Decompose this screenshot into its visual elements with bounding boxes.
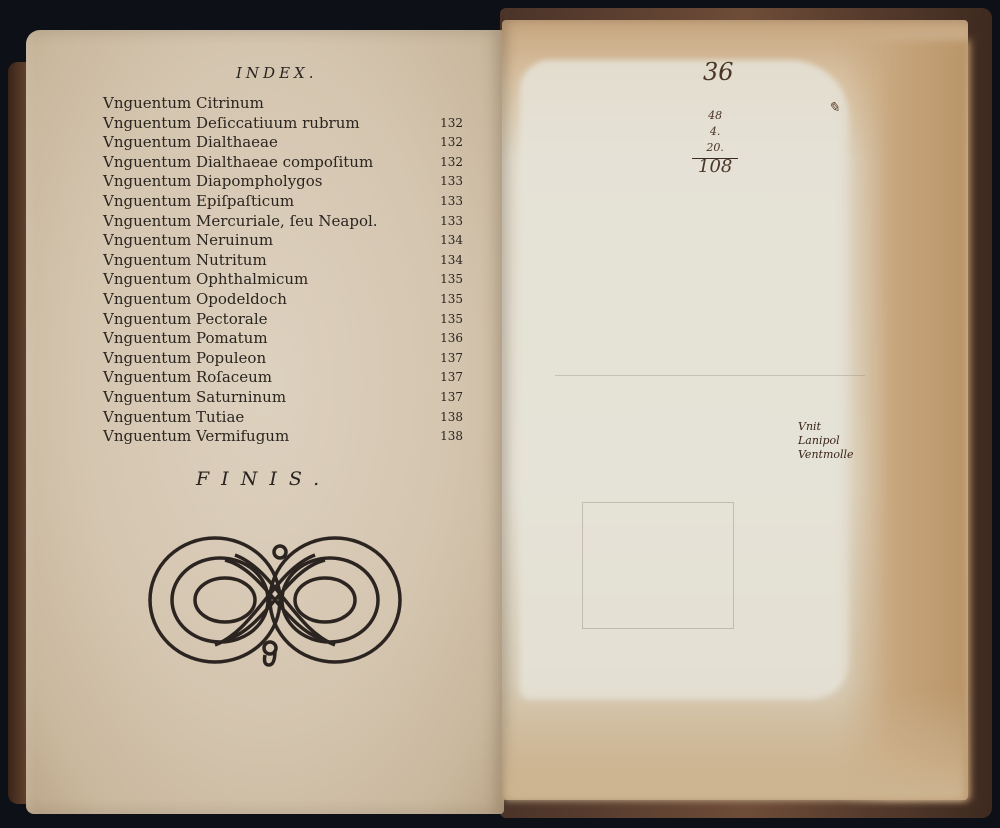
index-heading: INDEX.	[236, 64, 317, 82]
sum-line: 4.	[692, 124, 738, 140]
entry-name: Vnguentum Diapompholygos	[103, 172, 323, 192]
ornament-icon	[145, 530, 405, 670]
entry-name: Vnguentum Pomatum	[103, 329, 268, 349]
entry-page: 134	[435, 251, 463, 271]
index-entry: Vnguentum Deſiccatiuum rubrum132	[103, 114, 463, 134]
entry-name: Vnguentum Tutiae	[103, 408, 244, 428]
sum-line: 48	[692, 108, 738, 124]
entry-page: 137	[435, 368, 463, 388]
entry-page: 137	[435, 388, 463, 408]
entry-page: 135	[435, 290, 463, 310]
entry-page: 135	[435, 270, 463, 290]
index-entry: Vnguentum Saturninum137	[103, 388, 463, 408]
entry-page: 133	[435, 212, 463, 232]
entry-page: 135	[435, 310, 463, 330]
handwritten-note: Vnit Lanipol Ventmolle	[798, 420, 854, 462]
entry-name: Vnguentum Neruinum	[103, 231, 273, 251]
entry-name: Vnguentum Mercuriale, ſeu Neapol.	[103, 212, 378, 232]
entry-name: Vnguentum Populeon	[103, 349, 266, 369]
index-entry: Vnguentum Epiſpaſticum133	[103, 192, 463, 212]
pencil-line	[555, 375, 865, 376]
entry-name: Vnguentum Nutritum	[103, 251, 267, 271]
entry-name: Vnguentum Roſaceum	[103, 368, 272, 388]
entry-page: 132	[435, 153, 463, 173]
index-entry: Vnguentum Diapompholygos133	[103, 172, 463, 192]
entry-page: 132	[435, 114, 463, 134]
pencil-sketch-box	[582, 502, 734, 629]
finis-text: FINIS.	[196, 468, 331, 490]
entry-name: Vnguentum Vermifugum	[103, 427, 289, 447]
entry-name: Vnguentum Dialthaeae compoſitum	[103, 153, 373, 173]
index-entry: Vnguentum Neruinum134	[103, 231, 463, 251]
index-entry: Vnguentum Vermifugum138	[103, 427, 463, 447]
stain-right	[840, 40, 970, 800]
sum-line: 20.	[692, 140, 738, 156]
entry-page: 132	[435, 133, 463, 153]
entry-name: Vnguentum Opodeldoch	[103, 290, 287, 310]
index-entry: Vnguentum Ophthalmicum135	[103, 270, 463, 290]
index-entry: Vnguentum Pectorale135	[103, 310, 463, 330]
index-entry: Vnguentum Roſaceum137	[103, 368, 463, 388]
handwritten-sum: 48 4. 20. 108	[692, 108, 738, 175]
sum-total: 108	[692, 158, 738, 175]
entry-page: 133	[435, 192, 463, 212]
entry-name: Vnguentum Pectorale	[103, 310, 268, 330]
entry-page: 137	[435, 349, 463, 369]
stain-bottom	[505, 690, 965, 800]
entry-page: 133	[435, 172, 463, 192]
handwritten-number: 36	[703, 58, 734, 86]
entry-name: Vnguentum Dialthaeae	[103, 133, 278, 153]
handwritten-scribble: ✎	[828, 100, 840, 116]
entry-name: Vnguentum Citrinum	[103, 94, 264, 114]
index-list: Vnguentum CitrinumVnguentum Deſiccatiuum…	[103, 94, 463, 447]
index-entry: Vnguentum Nutritum134	[103, 251, 463, 271]
entry-name: Vnguentum Ophthalmicum	[103, 270, 308, 290]
entry-page: 138	[435, 408, 463, 428]
entry-name: Vnguentum Saturninum	[103, 388, 286, 408]
index-entry: Vnguentum Dialthaeae132	[103, 133, 463, 153]
index-entry: Vnguentum Dialthaeae compoſitum132	[103, 153, 463, 173]
entry-page: 136	[435, 329, 463, 349]
index-entry: Vnguentum Mercuriale, ſeu Neapol.133	[103, 212, 463, 232]
index-entry: Vnguentum Populeon137	[103, 349, 463, 369]
entry-name: Vnguentum Deſiccatiuum rubrum	[103, 114, 360, 134]
index-entry: Vnguentum Tutiae138	[103, 408, 463, 428]
entry-page: 138	[435, 427, 463, 447]
entry-page: 134	[435, 231, 463, 251]
index-entry: Vnguentum Opodeldoch135	[103, 290, 463, 310]
entry-page	[435, 94, 463, 114]
index-entry: Vnguentum Citrinum	[103, 94, 463, 114]
note-line: Lanipol	[798, 434, 854, 448]
note-line: Vnit	[798, 420, 854, 434]
entry-name: Vnguentum Epiſpaſticum	[103, 192, 294, 212]
note-line: Ventmolle	[798, 448, 854, 462]
index-entry: Vnguentum Pomatum136	[103, 329, 463, 349]
